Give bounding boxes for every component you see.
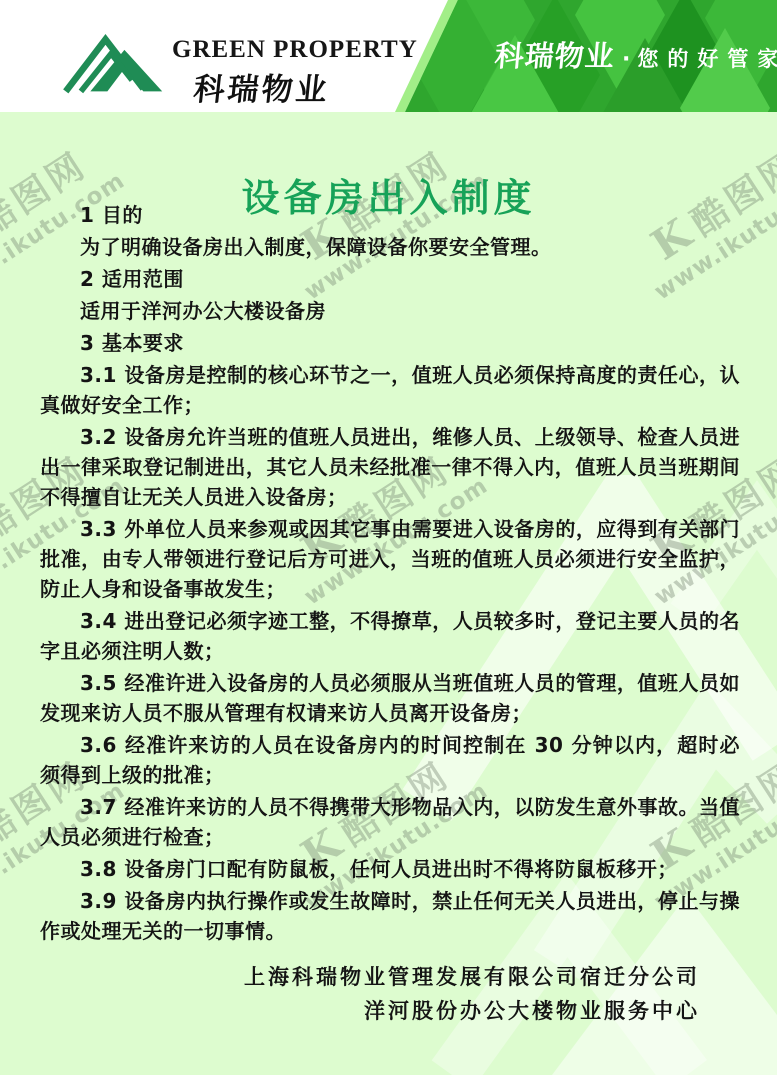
policy-paragraph: 3.1 设备房是控制的核心环节之一，值班人员必须保持高度的责任心，认真做好安全工… xyxy=(40,360,740,420)
service-center-line: 洋河股份办公大楼物业服务中心 xyxy=(0,994,700,1028)
logo-chinese-name: 科瑞物业 xyxy=(192,64,333,109)
green-property-logo: GREEN PROPERTY 科瑞物业 xyxy=(62,26,382,106)
mountain-logo-icon xyxy=(62,30,166,98)
policy-paragraph: 3.6 经准许来访的人员在设备房内的时间控制在 30 分钟以内，超时必须得到上级… xyxy=(40,730,740,790)
banner-tagline: 您的好管家 xyxy=(637,43,777,73)
policy-paragraph: 1 目的 xyxy=(40,200,740,230)
header-banner: 科瑞物业 · 您的好管家 xyxy=(395,0,777,112)
policy-paragraph: 3.9 设备房内执行操作或发生故障时，禁止任何无关人员进出，停止与操作或处理无关… xyxy=(40,886,740,946)
banner-dot: · xyxy=(622,47,630,72)
policy-paragraph: 3 基本要求 xyxy=(40,328,740,358)
policy-paragraph: 为了明确设备房出入制度，保障设备你要安全管理。 xyxy=(40,232,740,262)
policy-paragraph: 2 适用范围 xyxy=(40,264,740,294)
banner-slogan: 科瑞物业 · 您的好管家 xyxy=(495,34,777,75)
policy-paragraph: 适用于洋河办公大楼设备房 xyxy=(40,296,740,326)
document-body-area: K酷图网 www.ikutu.com K酷图网 www.ikutu.com K酷… xyxy=(0,112,777,1075)
policy-text: 1 目的 为了明确设备房出入制度，保障设备你要安全管理。 2 适用范围 适用于洋… xyxy=(40,200,740,948)
header: GREEN PROPERTY 科瑞物业 xyxy=(0,0,777,112)
policy-paragraph: 3.7 经准许来访的人员不得携带大形物品入内，以防发生意外事故。当值人员必须进行… xyxy=(40,792,740,852)
policy-paragraph: 3.5 经准许进入设备房的人员必须服从当班值班人员的管理，值班人员如发现来访人员… xyxy=(40,668,740,728)
logo-english-name: GREEN PROPERTY xyxy=(172,36,418,64)
policy-paragraph: 3.3 外单位人员来参观或因其它事由需要进入设备房的，应得到有关部门批准，由专人… xyxy=(40,514,740,604)
signature-block: 上海科瑞物业管理发展有限公司宿迁分公司 洋河股份办公大楼物业服务中心 xyxy=(0,960,777,1028)
poster-page: GREEN PROPERTY 科瑞物业 xyxy=(0,0,777,1075)
policy-paragraph: 3.8 设备房门口配有防鼠板，任何人员进出时不得将防鼠板移开； xyxy=(40,854,740,884)
policy-paragraph: 3.4 进出登记必须字迹工整，不得撩草，人员较多时，登记主要人员的名字且必须注明… xyxy=(40,606,740,666)
policy-paragraph: 3.2 设备房允许当班的值班人员进出，维修人员、上级领导、检查人员进出一律采取登… xyxy=(40,422,740,512)
banner-brand-name: 科瑞物业 xyxy=(493,34,617,75)
company-name-line: 上海科瑞物业管理发展有限公司宿迁分公司 xyxy=(0,960,700,994)
